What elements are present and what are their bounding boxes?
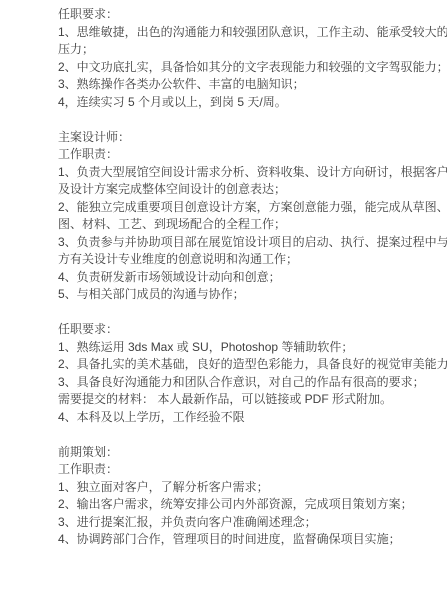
text-line: 图、材料、工艺、到现场配合的全程工作；	[58, 216, 437, 234]
text-line: 2、能独立完成重要项目创意设计方案，方案创意能力强，能完成从草图、施工	[58, 199, 437, 217]
text-line: 方有关设计专业维度的创意说明和沟通工作；	[58, 251, 437, 269]
text-line: 工作职责：	[58, 146, 437, 164]
text-line: 2、中文功底扎实，具备恰如其分的文字表现能力和较强的文字驾驭能力；	[58, 59, 437, 77]
text-line: 1、负责大型展馆空间设计需求分析、资料收集、设计方向研讨，根据客户需求	[58, 164, 437, 182]
text-line: 1、独立面对客户，了解分析客户需求；	[58, 479, 437, 497]
text-line: 2、具备扎实的美术基础，良好的造型色彩能力，具备良好的视觉审美能力；	[58, 356, 437, 374]
text-line: 5、与相关部门成员的沟通与协作；	[58, 286, 437, 304]
text-line: 4，连续实习 5 个月或以上，到岗 5 天/周。	[58, 94, 437, 112]
text-line: 工作职责：	[58, 461, 437, 479]
job-posting-document: 任职要求：1、思维敏捷，出色的沟通能力和较强团队意识，工作主动、能承受较大的工作…	[0, 0, 447, 549]
text-line: 3、具备良好沟通能力和团队合作意识，对自己的作品有很高的要求；	[58, 374, 437, 392]
section-lead-designer-requirements: 任职要求：1、熟练运用 3ds Max 或 SU，Photoshop 等辅助软件…	[58, 321, 437, 426]
text-line: 3、负责参与并协助项目部在展览馆设计项目的启动、执行、提案过程中与客户	[58, 234, 437, 252]
text-line: 前期策划：	[58, 444, 437, 462]
text-line: 4、本科及以上学历，工作经验不限	[58, 409, 437, 427]
text-line: 及设计方案完成整体空间设计的创意表达；	[58, 181, 437, 199]
text-line: 主案设计师：	[58, 129, 437, 147]
section-lead-designer-duties: 主案设计师：工作职责：1、负责大型展馆空间设计需求分析、资料收集、设计方向研讨，…	[58, 129, 437, 304]
text-line: 2、输出客户需求，统筹安排公司内外部资源，完成项目策划方案；	[58, 496, 437, 514]
text-line: 1、思维敏捷，出色的沟通能力和较强团队意识，工作主动、能承受较大的工作	[58, 24, 437, 42]
text-line: 需要提交的材料： 本人最新作品，可以链接或 PDF 形式附加。	[58, 391, 437, 409]
text-line: 压力；	[58, 41, 437, 59]
section-pre-planning-duties: 前期策划：工作职责：1、独立面对客户，了解分析客户需求；2、输出客户需求，统筹安…	[58, 444, 437, 549]
text-line: 任职要求：	[58, 321, 437, 339]
text-line: 3、进行提案汇报，并负责向客户准确阐述理念；	[58, 514, 437, 532]
text-line: 4、协调跨部门合作，管理项目的时间进度，监督确保项目实施；	[58, 531, 437, 549]
text-line: 3、熟练操作各类办公软件、丰富的电脑知识；	[58, 76, 437, 94]
text-line: 任职要求：	[58, 6, 437, 24]
section-intern-requirements: 任职要求：1、思维敏捷，出色的沟通能力和较强团队意识，工作主动、能承受较大的工作…	[58, 6, 437, 111]
text-line: 4、负责研发新市场领域设计动向和创意；	[58, 269, 437, 287]
text-line: 1、熟练运用 3ds Max 或 SU，Photoshop 等辅助软件；	[58, 339, 437, 357]
